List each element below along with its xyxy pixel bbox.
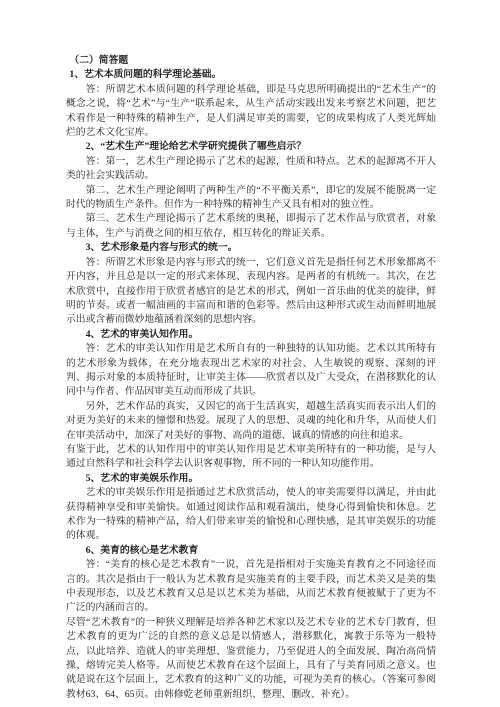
answer-paragraph: 尽管“艺术教育”的一种狭义理解是培养各种艺术家以及艺术专业的艺术专门教育，但艺术… [66, 616, 436, 702]
answer-paragraph: 答：艺术的审美认知作用是艺术所自有的一种独特的认知功能。艺术以其所特有的艺术形象… [66, 342, 436, 400]
answer-paragraph: 答：所谓艺术本质问题的科学理论基础，即是马克思所明确提出的“艺术生产”的概念之说… [66, 83, 436, 141]
answer-paragraph: 有鉴于此，艺术的认知作用中的审美认知作用是艺术审美所特有的一种功能，是与人通过自… [66, 443, 436, 472]
answer-paragraph: 答：所谓艺术形象是内容与形式的统一，它们意义首先是指任何艺术形象都离不开内容，并… [66, 256, 436, 328]
question-heading: 6、美育的核心是艺术教育 [66, 544, 436, 558]
answer-paragraph: 艺术的审美娱乐作用是指通过艺术欣赏活动，使人的审美需要得以满足，并由此获得精神享… [66, 486, 436, 544]
question-heading: 3、艺术形象是内容与形式的统一。 [66, 241, 436, 255]
question-heading: 2、“艺术生产”理论给艺术学研究提供了哪些启示？ [66, 140, 436, 154]
question-heading: 4、艺术的审美认知作用。 [66, 328, 436, 342]
document-body: （二）简答题1、艺术本质问题的科学理论基础。答：所谓艺术本质问题的科学理论基础，… [66, 54, 436, 702]
document-page: （二）简答题1、艺术本质问题的科学理论基础。答：所谓艺术本质问题的科学理论基础，… [0, 0, 500, 707]
question-heading: 5、艺术的审美娱乐作用。 [66, 472, 436, 486]
answer-paragraph: 第三、艺术生产理论揭示了艺术系统的奥秘，即揭示了艺术作品与欣赏者，对象与主体，生… [66, 212, 436, 241]
answer-paragraph: 答：“美育的核心是艺术教育”一说，首先是指相对于实施美育教育之不同途径而言的。其… [66, 558, 436, 616]
answer-paragraph: 第二、艺术生产理论阐明了两种生产的“不平衡关系”，即它的发展不能脱离一定时代的物… [66, 184, 436, 213]
answer-paragraph: 另外，艺术作品的真实，又因它的高于生活真实，超越生活真实而表示出人们的对更为美好… [66, 400, 436, 443]
section-title: （二）简答题 [66, 54, 436, 68]
question-heading: 1、艺术本质问题的科学理论基础。 [66, 68, 436, 82]
answer-paragraph: 答：第一，艺术生产理论揭示了艺术的起源，性质和特点。艺术的起源离不开人类的社会实… [66, 155, 436, 184]
